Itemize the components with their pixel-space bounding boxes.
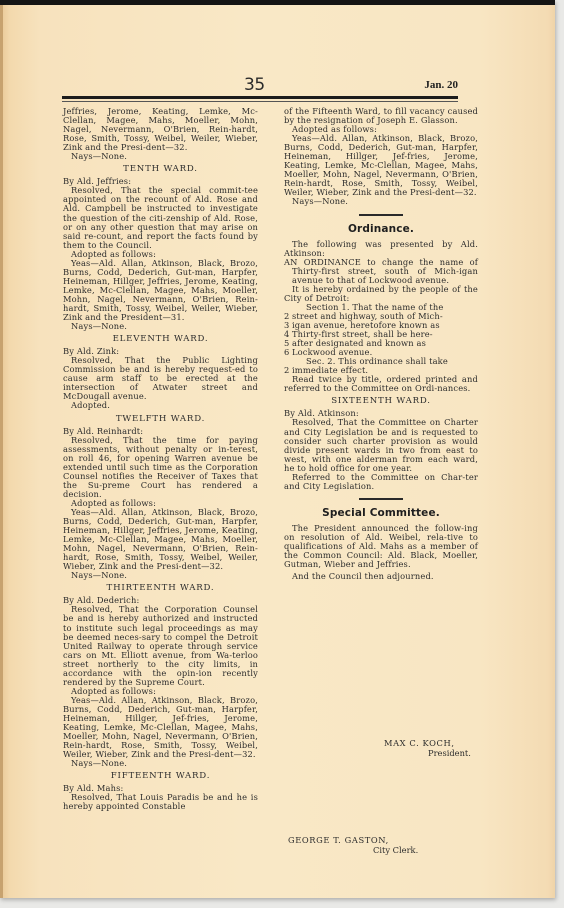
ward-resolution: Resolved, That Louis Paradis be and he i… — [63, 793, 258, 811]
header-rule-thick — [62, 96, 458, 99]
section-divider — [359, 214, 403, 216]
president-name: MAX C. KOCH, — [384, 738, 471, 748]
ward-heading: THIRTEENTH WARD. — [63, 584, 258, 593]
ward-resolution: Resolved, That the Public Lighting Commi… — [63, 356, 258, 401]
fifteenth-ward-continued: of the Fifteenth Ward, to fill vacancy c… — [284, 107, 478, 207]
ward-nays: Nays—None. — [63, 571, 258, 580]
ordinance-section: Ordinance. The following was presented b… — [284, 225, 478, 394]
special-committee-section: Special Committee. The President announc… — [284, 509, 478, 581]
ward-yeas: Yeas—Ald. Allan, Atkinson, Black, Brozo,… — [63, 696, 258, 759]
page-header: 35 Jan. 20 — [62, 73, 458, 95]
ward-nays: Nays—None. — [63, 322, 258, 331]
ward-resolution-end: of the Fifteenth Ward, to fill vacancy c… — [284, 107, 478, 125]
ward-resolution: Resolved, That the Committee on Charter … — [284, 418, 478, 472]
ward-resolution: Resolved, That the special commit-tee ap… — [63, 186, 258, 249]
ordinance-disposition: Read twice by title, ordered printed and… — [284, 375, 478, 393]
page-number: 35 — [244, 75, 265, 95]
ordinance-presented: The following was presented by Ald. Atki… — [284, 240, 478, 258]
ward-referred: Referred to the Committee on Char-ter an… — [284, 473, 478, 491]
ward-yeas: Yeas—Ald. Allan, Atkinson, Black, Brozo,… — [63, 259, 258, 322]
right-column: of the Fifteenth Ward, to fill vacancy c… — [284, 107, 478, 581]
ward-heading: FIFTEENTH WARD. — [63, 772, 258, 781]
adjournment-text: And the Council then adjourned. — [284, 572, 478, 581]
sixteenth-ward-section: SIXTEENTH WARD. By Ald. Atkinson: Resolv… — [284, 397, 478, 490]
ordinance-title: AN ORDINANCE to change the name of Thirt… — [284, 258, 478, 285]
section-title-ordinance: Ordinance. — [284, 225, 478, 234]
clerk-name: GEORGE T. GASTON, — [288, 835, 418, 845]
tenth-ward-section: TENTH WARD. By Ald. Jeffries: Resolved, … — [63, 165, 258, 331]
ordinance-section-1: Section 1. That the name of the 2street … — [284, 303, 478, 357]
section-divider — [359, 498, 403, 500]
president-signature: MAX C. KOCH, President. — [384, 738, 471, 758]
header-rule-thin — [62, 101, 458, 102]
ward-heading: TENTH WARD. — [63, 165, 258, 174]
scanned-page: 35 Jan. 20 Jeffries, Jerome, Keating, Le… — [0, 0, 555, 898]
ordinance-section-2: Sec. 2. This ordinance shall take 2immed… — [284, 357, 478, 375]
ward-heading: TWELFTH WARD. — [63, 415, 258, 424]
section-title-special-committee: Special Committee. — [284, 509, 478, 518]
page-date: Jan. 20 — [424, 79, 458, 91]
ordinance-ordained: It is hereby ordained by the people of t… — [284, 285, 478, 303]
thirteenth-ward-section: THIRTEENTH WARD. By Ald. Dederich: Resol… — [63, 584, 258, 768]
continuation-yeas: Jeffries, Jerome, Keating, Lemke, Mc-Cle… — [63, 107, 258, 152]
eleventh-ward-section: ELEVENTH WARD. By Ald. Zink: Resolved, T… — [63, 335, 258, 410]
ward-resolution: Resolved, That the Corporation Counsel b… — [63, 605, 258, 686]
left-column: Jeffries, Jerome, Keating, Lemke, Mc-Cle… — [63, 107, 258, 811]
president-title: President. — [384, 748, 471, 758]
ward-adopted: Adopted. — [63, 401, 258, 410]
ward-resolution: Resolved, That the time for paying asses… — [63, 436, 258, 499]
clerk-title: City Clerk. — [288, 845, 418, 855]
fifteenth-ward-section: FIFTEENTH WARD. By Ald. Mahs: Resolved, … — [63, 772, 258, 811]
continuation-nays: Nays—None. — [63, 152, 258, 161]
ward-heading: ELEVENTH WARD. — [63, 335, 258, 344]
ward-yeas: Yeas—Ald. Allan, Atkinson, Black, Brozo,… — [63, 508, 258, 571]
ward-heading: SIXTEENTH WARD. — [284, 397, 478, 406]
ward-yeas: Yeas—Ald. Allan, Atkinson, Black, Brozo,… — [284, 134, 478, 197]
clerk-signature: GEORGE T. GASTON, City Clerk. — [288, 835, 418, 855]
twelfth-ward-section: TWELFTH WARD. By Ald. Reinhardt: Resolve… — [63, 415, 258, 581]
ward-nays: Nays—None. — [284, 197, 478, 206]
ward-nays: Nays—None. — [63, 759, 258, 768]
special-committee-text: The President announced the follow-ing o… — [284, 524, 478, 569]
